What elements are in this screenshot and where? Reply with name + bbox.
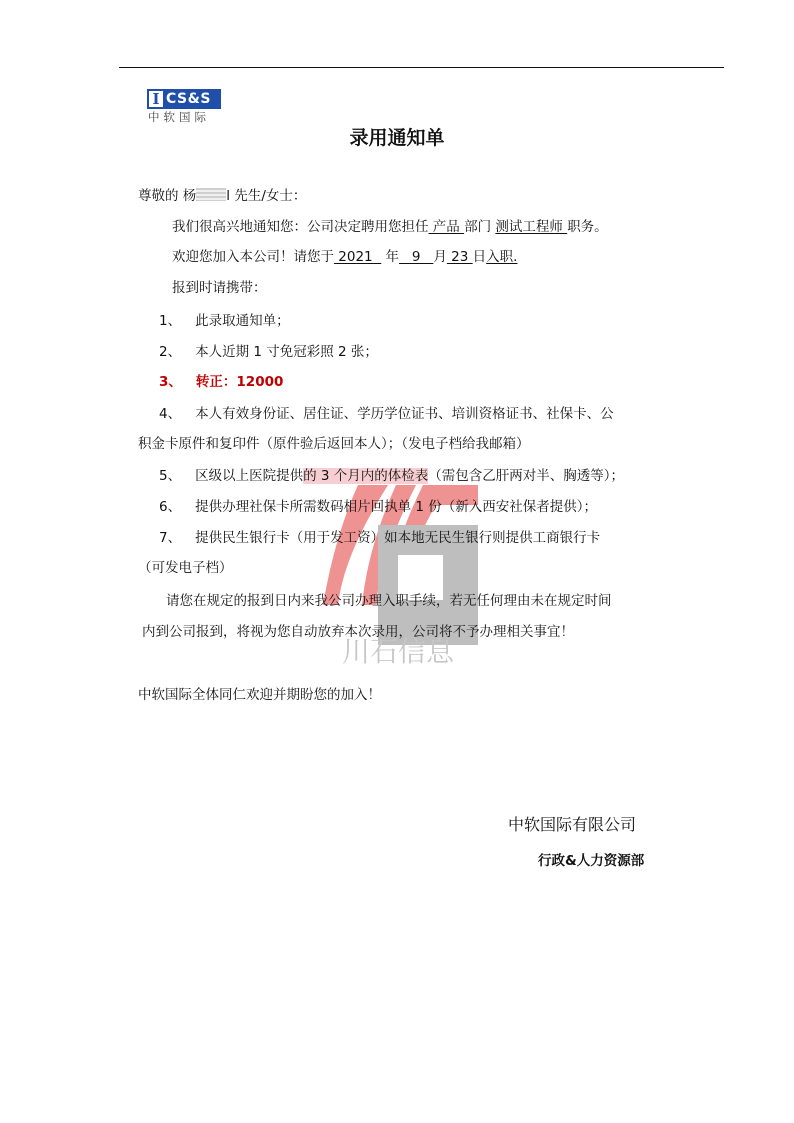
item-text: 此录取通知单； [195, 313, 290, 329]
month-label: 月 [433, 249, 447, 265]
logo-chinese: 中软国际 [148, 110, 210, 124]
logo-mark: I [149, 91, 163, 107]
closing-paragraph-line-1: 请您在规定的报到日内来我公司办理入职手续，若无任何理由未在规定时间 [166, 592, 612, 610]
list-item: 4、本人有效身份证、居住证、学历学位证书、培训资格证书、社保卡、公 [159, 405, 614, 423]
item-number: 7、 [159, 530, 181, 546]
intro-paragraph-2: 欢迎您加入本公司！请您于 2021 年 9 月 23 日入职. [172, 248, 517, 266]
salutation: 尊敬的 杨l 先生/女士： [138, 187, 306, 205]
redacted-name [196, 188, 226, 201]
start-day: 23 [447, 249, 473, 265]
start-month: 9 [399, 249, 433, 265]
item-number: 2、 [159, 344, 181, 360]
logo-banner: I CS&S [147, 89, 221, 109]
list-item-continuation: （可发电子档） [138, 559, 233, 577]
highlighted-text: 内的体检表 [361, 468, 429, 484]
logo-latin: CS&S [166, 90, 211, 108]
department-value: 产品 [429, 219, 465, 235]
signature-department: 行政&人力资源部 [538, 852, 644, 870]
item-text: 本人有效身份证、居住证、学历学位证书、培训资格证书、社保卡、公 [195, 406, 614, 422]
year-label: 年 [381, 249, 399, 265]
offer-letter-page: I CS&S 中软国际 录用通知单 尊敬的 杨l 先生/女士： 我们很高兴地通知… [0, 0, 794, 1123]
item-text: （需包含乙肝两对半、胸透等）； [428, 468, 624, 484]
list-item: 6、提供办理社保卡所需数码相片回执单 1 份（新入西安社保者提供）； [159, 498, 597, 516]
list-item-continuation: 积金卡原件和复印件（原件验后返回本人）；（发电子档给我邮箱） [138, 435, 530, 453]
item-number: 3、 [159, 374, 182, 390]
highlighted-text: 个月 [334, 468, 361, 484]
position-value: 测试工程师 [495, 219, 567, 235]
item-number: 6、 [159, 499, 181, 515]
item-text: 提供民生银行卡（用于发工资）如本地无民生银行则提供工商银行卡 [195, 530, 600, 546]
item-number: 4、 [159, 406, 181, 422]
item-text: 本人近期 1 寸免冠彩照 2 张； [195, 344, 378, 360]
document-title: 录用通知单 [0, 126, 794, 150]
highlighted-text: 的 3 [303, 468, 334, 484]
day-label: 日 [473, 249, 487, 265]
intro-text: 部门 [464, 219, 495, 235]
item-text: 转正：12000 [196, 374, 283, 390]
company-logo: I CS&S 中软国际 [147, 89, 223, 125]
header-rule [119, 67, 724, 68]
intro-paragraph-1: 我们很高兴地通知您：公司决定聘用您担任 产品 部门 测试工程师 职务。 [172, 218, 608, 236]
bring-heading: 报到时请携带： [172, 279, 267, 297]
intro-text: 欢迎您加入本公司！请您于 [172, 249, 334, 265]
item-number: 5、 [159, 468, 181, 484]
onboard-text: 入职. [486, 249, 517, 265]
item-number: 1、 [159, 313, 181, 329]
list-item: 5、区级以上医院提供的 3 个月内的体检表（需包含乙肝两对半、胸透等）； [159, 467, 624, 485]
list-item-highlight: 3、转正：12000 [159, 373, 283, 391]
list-item: 1、此录取通知单； [159, 312, 290, 330]
welcome-message: 中软国际全体同仁欢迎并期盼您的加入！ [138, 686, 381, 704]
list-item: 7、提供民生银行卡（用于发工资）如本地无民生银行则提供工商银行卡 [159, 529, 600, 547]
item-text: 区级以上医院提供 [195, 468, 303, 484]
intro-text: 我们很高兴地通知您：公司决定聘用您担任 [172, 219, 429, 235]
salutation-suffix: l 先生/女士： [226, 188, 306, 204]
salutation-prefix: 尊敬的 杨 [138, 188, 196, 204]
list-item: 2、本人近期 1 寸免冠彩照 2 张； [159, 343, 378, 361]
signature-company: 中软国际有限公司 [508, 815, 636, 835]
item-text: 提供办理社保卡所需数码相片回执单 1 份（新入西安社保者提供）； [195, 499, 597, 515]
intro-text: 职务。 [567, 219, 608, 235]
closing-paragraph-line-2: 内到公司报到，将视为您自动放弃本次录用，公司将不予办理相关事宜！ [142, 623, 574, 641]
start-year: 2021 [334, 249, 381, 265]
